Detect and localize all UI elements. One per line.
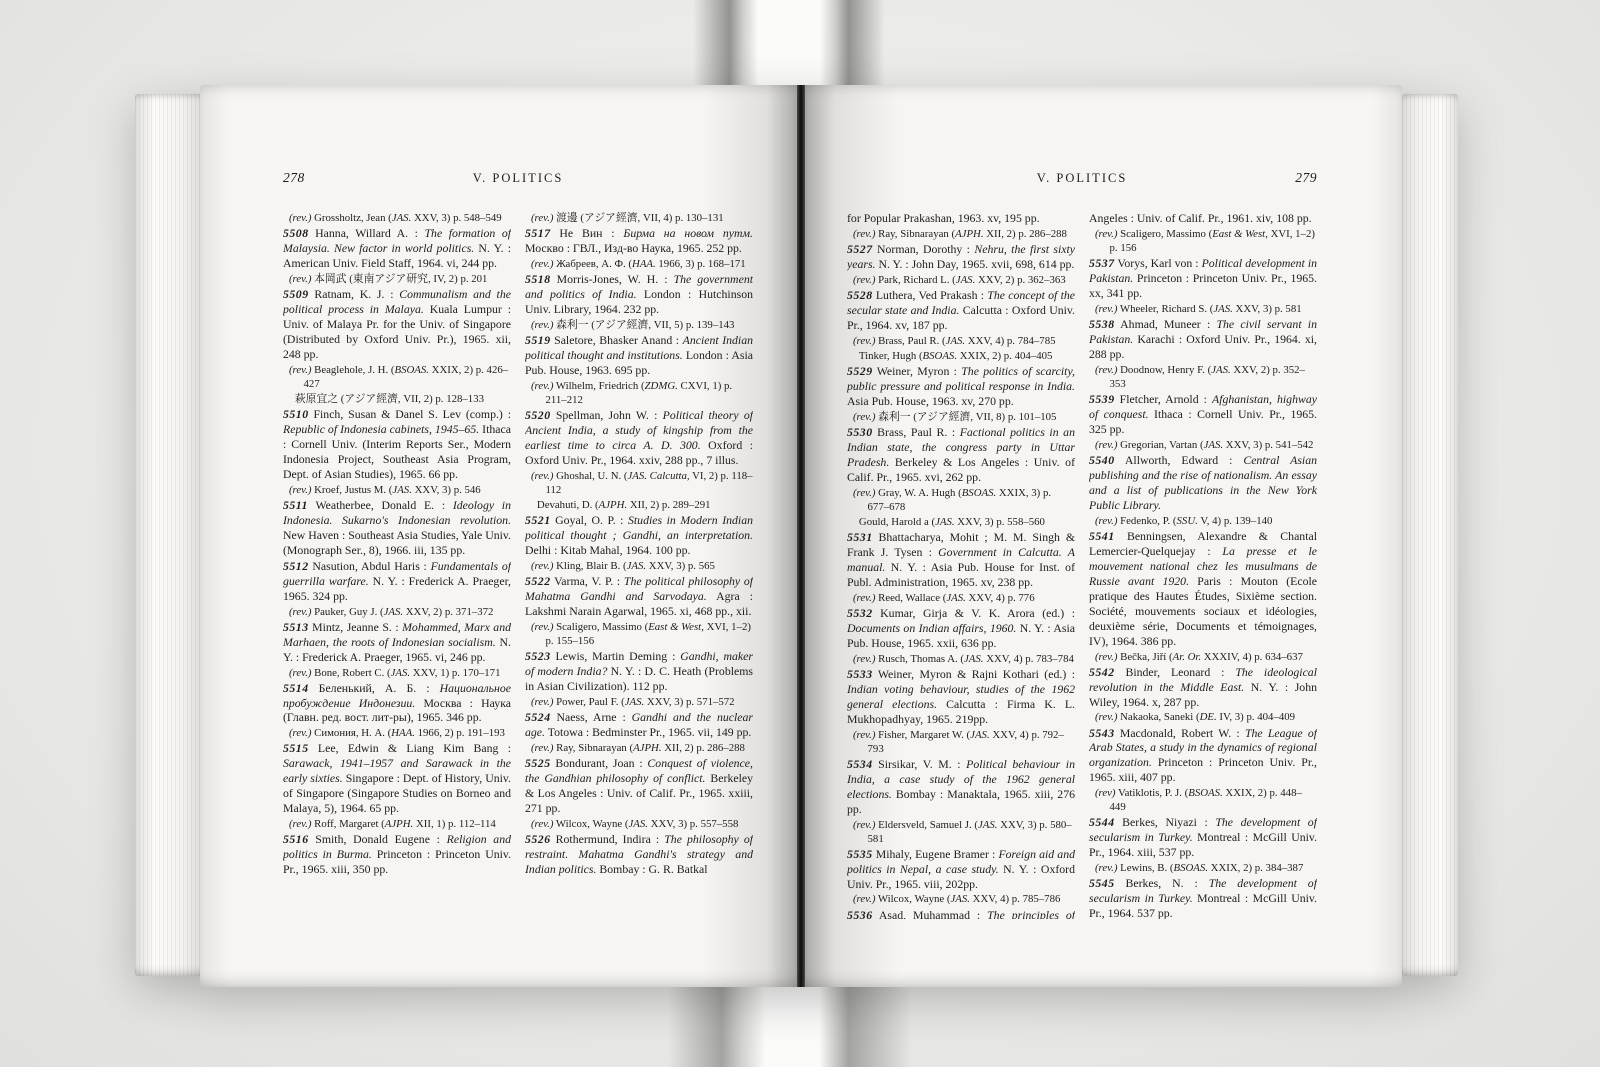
review-citation: (rev.) 森利一 (アジア經濟, VII, 8) p. 101–105: [847, 410, 1075, 424]
bibliography-entry: 5519 Saletore, Bhasker Anand : Ancient I…: [525, 333, 753, 378]
bibliography-entry: 5518 Morris-Jones, W. H. : The governmen…: [525, 272, 753, 317]
review-citation: (rev.) Wilcox, Wayne (JAS. XXV, 3) p. 55…: [525, 817, 753, 831]
bibliography-entry: 5539 Fletcher, Arnold : Afghanistan, hig…: [1089, 392, 1317, 437]
bibliography-entry: 5521 Goyal, O. P. : Studies in Modern In…: [525, 513, 753, 558]
review-citation: (rev.) Lewins, B. (BSOAS. XXIX, 2) p. 38…: [1089, 861, 1317, 875]
bibliography-entry: 5545 Berkes, N. : The development of sec…: [1089, 876, 1317, 919]
review-citation: (rev.) Ghoshal, U. N. (JAS. Calcutta, VI…: [525, 469, 753, 497]
review-citation: (rev.) Ray, Sibnarayan (AJPH. XII, 2) p.…: [847, 227, 1075, 241]
bibliography-entry: 5510 Finch, Susan & Danel S. Lev (comp.)…: [283, 407, 511, 482]
section-title: V. POLITICS: [473, 171, 564, 186]
review-citation: (rev.) Kroef, Justus M. (JAS. XXV, 3) p.…: [283, 483, 511, 497]
bibliography-entry: 5536 Asad, Muhammad : The principles of …: [847, 908, 1075, 920]
entry-continuation: for Popular Prakashan, 1963. xv, 195 pp.: [847, 211, 1075, 226]
entry-continuation: Angeles : Univ. of Calif. Pr., 1961. xiv…: [1089, 211, 1317, 226]
bibliography-entry: 5543 Macdonald, Robert W. : The League o…: [1089, 726, 1317, 786]
book-spine-gutter: [797, 85, 805, 987]
bibliography-entry: 5544 Berkes, Niyazi : The development of…: [1089, 815, 1317, 860]
bibliography-entry: 5512 Nasution, Abdul Haris : Fundamental…: [283, 559, 511, 604]
bibliography-entry: 5529 Weiner, Myron : The politics of sca…: [847, 364, 1075, 409]
bibliography-entry: 5527 Norman, Dorothy : Nehru, the first …: [847, 242, 1075, 272]
bookmark-ribbon-bottom: [668, 978, 912, 1067]
review-citation: 萩原宜之 (アジア經濟, VII, 2) p. 128–133: [283, 392, 511, 406]
review-citation: (rev.) Bone, Robert C. (JAS. XXV, 1) p. …: [283, 666, 511, 680]
open-book: 278 V. POLITICS (rev.) Grossholtz, Jean …: [135, 85, 1458, 987]
bibliography-entry: 5540 Allworth, Edward : Central Asian pu…: [1089, 453, 1317, 513]
review-citation: (rev.) Kling, Blair B. (JAS. XXV, 3) p. …: [525, 559, 753, 573]
page-number: 279: [1127, 170, 1317, 186]
bibliography-entry: 5520 Spellman, John W. : Political theor…: [525, 408, 753, 468]
review-citation: (rev.) Симония, Н. А. (HAA. 1966, 2) p. …: [283, 726, 511, 740]
page-edges-right: [1402, 94, 1458, 976]
text-column-right: (rev.) 渡邊 (アジア經濟, VII, 4) p. 130–1315517…: [525, 211, 753, 919]
review-citation: (rev.) Park, Richard L. (JAS. XXV, 2) p.…: [847, 273, 1075, 287]
review-citation: (rev.) 渡邊 (アジア經濟, VII, 4) p. 130–131: [525, 211, 753, 225]
review-citation: (rev.) Fisher, Margaret W. (JAS. XXV, 4)…: [847, 728, 1075, 756]
bibliography-entry: 5517 Не Вин : Бирма на новом путм. Москв…: [525, 226, 753, 256]
bibliography-entry: 5523 Lewis, Martin Deming : Gandhi, make…: [525, 649, 753, 694]
text-column-left: (rev.) Grossholtz, Jean (JAS. XXV, 3) p.…: [283, 211, 511, 919]
review-citation: (rev.) Beaglehole, J. H. (BSOAS. XXIX, 2…: [283, 363, 511, 391]
review-citation: (rev.) Gray, W. A. Hugh (BSOAS. XXIX, 3)…: [847, 486, 1075, 514]
bibliography-entry: 5535 Mihaly, Eugene Bramer : Foreign aid…: [847, 847, 1075, 892]
review-citation: (rev.) Scaligero, Massimo (East & West, …: [525, 620, 753, 648]
bibliography-entry: 5525 Bondurant, Joan : Conquest of viole…: [525, 756, 753, 816]
review-citation: Tinker, Hugh (BSOAS. XXIX, 2) p. 404–405: [847, 349, 1075, 363]
book-page-right: V. POLITICS 279 for Popular Prakashan, 1…: [805, 85, 1402, 987]
bibliography-entry: 5514 Беленький, А. Б. : Национальное про…: [283, 681, 511, 726]
review-citation: (rev.) Ray, Sibnarayan (AJPH. XII, 2) p.…: [525, 741, 753, 755]
review-citation: (rev.) 本岡武 (東南アジア研究, IV, 2) p. 201: [283, 272, 511, 286]
review-citation: (rev.) Grossholtz, Jean (JAS. XXV, 3) p.…: [283, 211, 511, 225]
bibliography-entry: 5530 Brass, Paul R. : Factional politics…: [847, 425, 1075, 485]
bibliography-entry: 5515 Lee, Edwin & Liang Kim Bang : Saraw…: [283, 741, 511, 816]
review-citation: (rev.) Wilhelm, Friedrich (ZDMG. CXVI, 1…: [525, 379, 753, 407]
review-citation: (rev.) Roff, Margaret (AJPH. XII, 1) p. …: [283, 817, 511, 831]
bibliography-entry: 5537 Vorys, Karl von : Political develop…: [1089, 256, 1317, 301]
review-citation: Devahuti, D. (AJPH. XII, 2) p. 289–291: [525, 498, 753, 512]
bibliography-entry: 5531 Bhattacharya, Mohit ; M. M. Singh &…: [847, 530, 1075, 590]
bibliography-entry: 5538 Ahmad, Muneer : The civil servant i…: [1089, 317, 1317, 362]
bibliography-entry: 5534 Sirsikar, V. M. : Political behavio…: [847, 757, 1075, 817]
review-citation: (rev.) Reed, Wallace (JAS. XXV, 4) p. 77…: [847, 591, 1075, 605]
bibliography-entry: 5511 Weatherbee, Donald E. : Ideology in…: [283, 498, 511, 558]
review-citation: (rev.) Pauker, Guy J. (JAS. XXV, 2) p. 3…: [283, 605, 511, 619]
bibliography-entry: 5524 Naess, Arne : Gandhi and the nuclea…: [525, 710, 753, 740]
review-citation: (rev) Vatiklotis, P. J. (BSOAS. XXIX, 2)…: [1089, 786, 1317, 814]
bibliography-entry: 5509 Ratnam, K. J. : Communalism and the…: [283, 287, 511, 362]
page-number: 278: [283, 170, 473, 186]
review-citation: (rev.) Wilcox, Wayne (JAS. XXV, 4) p. 78…: [847, 892, 1075, 906]
bibliography-entry: 5526 Rothermund, Indira : The philosophy…: [525, 832, 753, 877]
bibliography-entry: 5516 Smith, Donald Eugene : Religion and…: [283, 832, 511, 877]
review-citation: Gould, Harold a (JAS. XXV, 3) p. 558–560: [847, 515, 1075, 529]
review-citation: (rev.) Brass, Paul R. (JAS. XXV, 4) p. 7…: [847, 334, 1075, 348]
review-citation: (rev.) 森利一 (アジア經濟, VII, 5) p. 139–143: [525, 318, 753, 332]
book-photo: 278 V. POLITICS (rev.) Grossholtz, Jean …: [0, 0, 1600, 1067]
review-citation: (rev.) Scaligero, Massimo (East & West, …: [1089, 227, 1317, 255]
review-citation: (rev.) Power, Paul F. (JAS. XXV, 3) p. 5…: [525, 695, 753, 709]
section-title: V. POLITICS: [1037, 171, 1128, 186]
bibliography-entry: 5541 Benningsen, Alexandre & Chantal Lem…: [1089, 529, 1317, 649]
text-column-left: for Popular Prakashan, 1963. xv, 195 pp.…: [847, 211, 1075, 919]
review-citation: (rev.) Жабреев, А. Ф. (HAA. 1966, 3) p. …: [525, 257, 753, 271]
review-citation: (rev.) Gregorian, Vartan (JAS. XXV, 3) p…: [1089, 438, 1317, 452]
bibliography-entry: 5533 Weiner, Myron & Rajni Kothari (ed.)…: [847, 667, 1075, 727]
review-citation: (rev.) Rusch, Thomas A. (JAS. XXV, 4) p.…: [847, 652, 1075, 666]
review-citation: (rev.) Bečka, Jiří (Ar. Or. XXXIV, 4) p.…: [1089, 650, 1317, 664]
review-citation: (rev.) Doodnow, Henry F. (JAS. XXV, 2) p…: [1089, 363, 1317, 391]
bookmark-ribbon-top: [693, 0, 885, 94]
bibliography-entry: 5542 Binder, Leonard : The ideological r…: [1089, 665, 1317, 710]
running-head: V. POLITICS 279: [847, 170, 1317, 186]
page-edges-left: [135, 94, 202, 976]
running-head: 278 V. POLITICS: [283, 170, 753, 186]
book-page-left: 278 V. POLITICS (rev.) Grossholtz, Jean …: [200, 85, 797, 987]
bibliography-entry: 5513 Mintz, Jeanne S. : Mohammed, Marx a…: [283, 620, 511, 665]
bibliography-entry: 5532 Kumar, Girja & V. K. Arora (ed.) : …: [847, 606, 1075, 651]
review-citation: (rev.) Eldersveld, Samuel J. (JAS. XXV, …: [847, 818, 1075, 846]
bibliography-entry: 5522 Varma, V. P. : The political philos…: [525, 574, 753, 619]
review-citation: (rev.) Nakaoka, Saneki (DE. IV, 3) p. 40…: [1089, 710, 1317, 724]
review-citation: (rev.) Wheeler, Richard S. (JAS. XXV, 3)…: [1089, 302, 1317, 316]
bibliography-entry: 5528 Luthera, Ved Prakash : The concept …: [847, 288, 1075, 333]
review-citation: (rev.) Fedenko, P. (SSU. V, 4) p. 139–14…: [1089, 514, 1317, 528]
text-column-right: Angeles : Univ. of Calif. Pr., 1961. xiv…: [1089, 211, 1317, 919]
bibliography-entry: 5508 Hanna, Willard A. : The formation o…: [283, 226, 511, 271]
